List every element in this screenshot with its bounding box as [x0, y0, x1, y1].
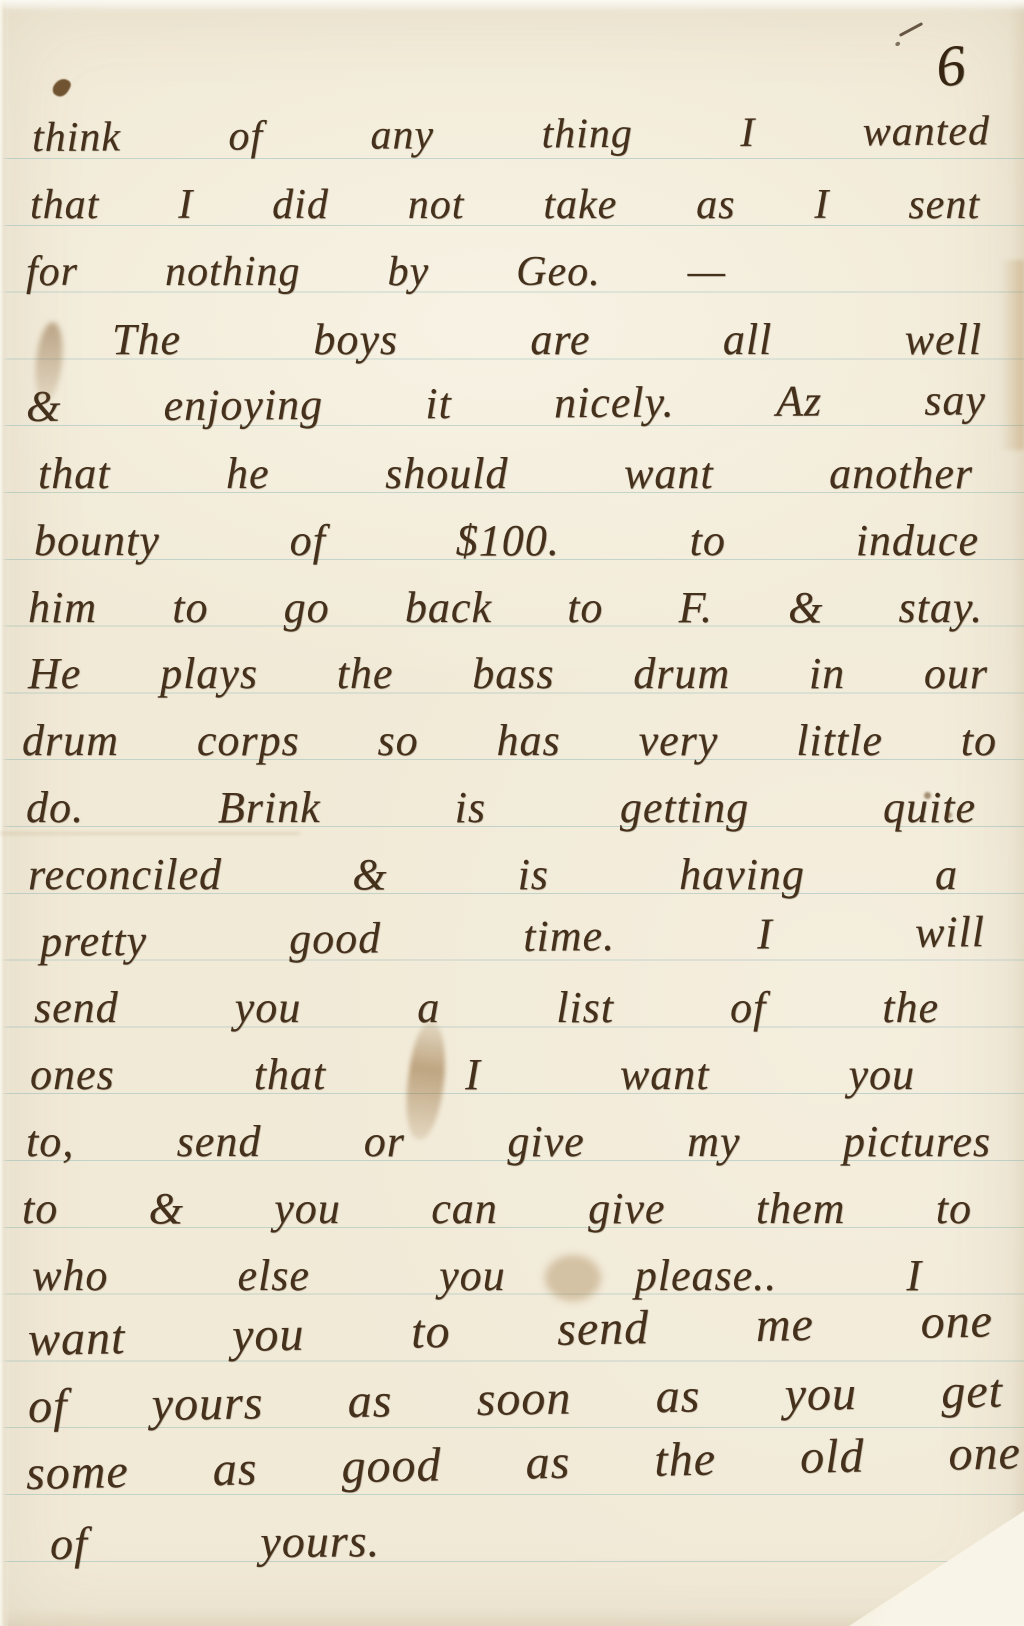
handwritten-line: The boys are all well	[112, 312, 982, 367]
handwritten-line: want you to send me one	[27, 1291, 993, 1370]
handwritten-line: that he should want another	[38, 446, 973, 501]
handwritten-line: & enjoying it nicely. Az say	[26, 372, 986, 434]
letter-page: 6 think of any thing I wanted that I did…	[0, 0, 1024, 1626]
handwritten-line: ones that I want you	[30, 1047, 915, 1102]
page-number: 6	[933, 27, 1010, 101]
handwritten-line: do. Brink is getting quite	[26, 780, 976, 835]
handwritten-line: him to go back to F. & stay.	[28, 580, 983, 635]
handwritten-line: to & you can give them to	[22, 1181, 972, 1236]
handwritten-line: drum corps so has very little to	[22, 713, 997, 768]
handwritten-line: He plays the bass drum in our	[28, 646, 988, 701]
age-stain	[1000, 260, 1024, 450]
page-corner-fold	[849, 1511, 1024, 1626]
handwritten-line: bounty of $100. to induce	[34, 513, 979, 568]
handwritten-line: to, send or give my pictures	[26, 1114, 991, 1169]
handwritten-line: pretty good time. I will	[40, 904, 986, 969]
handwritten-line: some as good as the old one	[25, 1423, 1021, 1504]
stray-pen-mark	[899, 22, 923, 37]
ink-fleck	[50, 75, 73, 99]
page-left-edge	[0, 0, 8, 1626]
handwritten-line: send you a list of the	[34, 980, 939, 1035]
handwritten-line: that I did not take as I sent	[30, 179, 980, 232]
handwritten-line: think of any thing I wanted	[32, 105, 990, 164]
handwritten-line: reconciled & is having a	[28, 847, 958, 902]
handwritten-line: for nothing by Geo. —	[26, 246, 726, 299]
page-top-edge	[0, 0, 1024, 10]
handwritten-line: of yours.	[50, 1512, 380, 1572]
